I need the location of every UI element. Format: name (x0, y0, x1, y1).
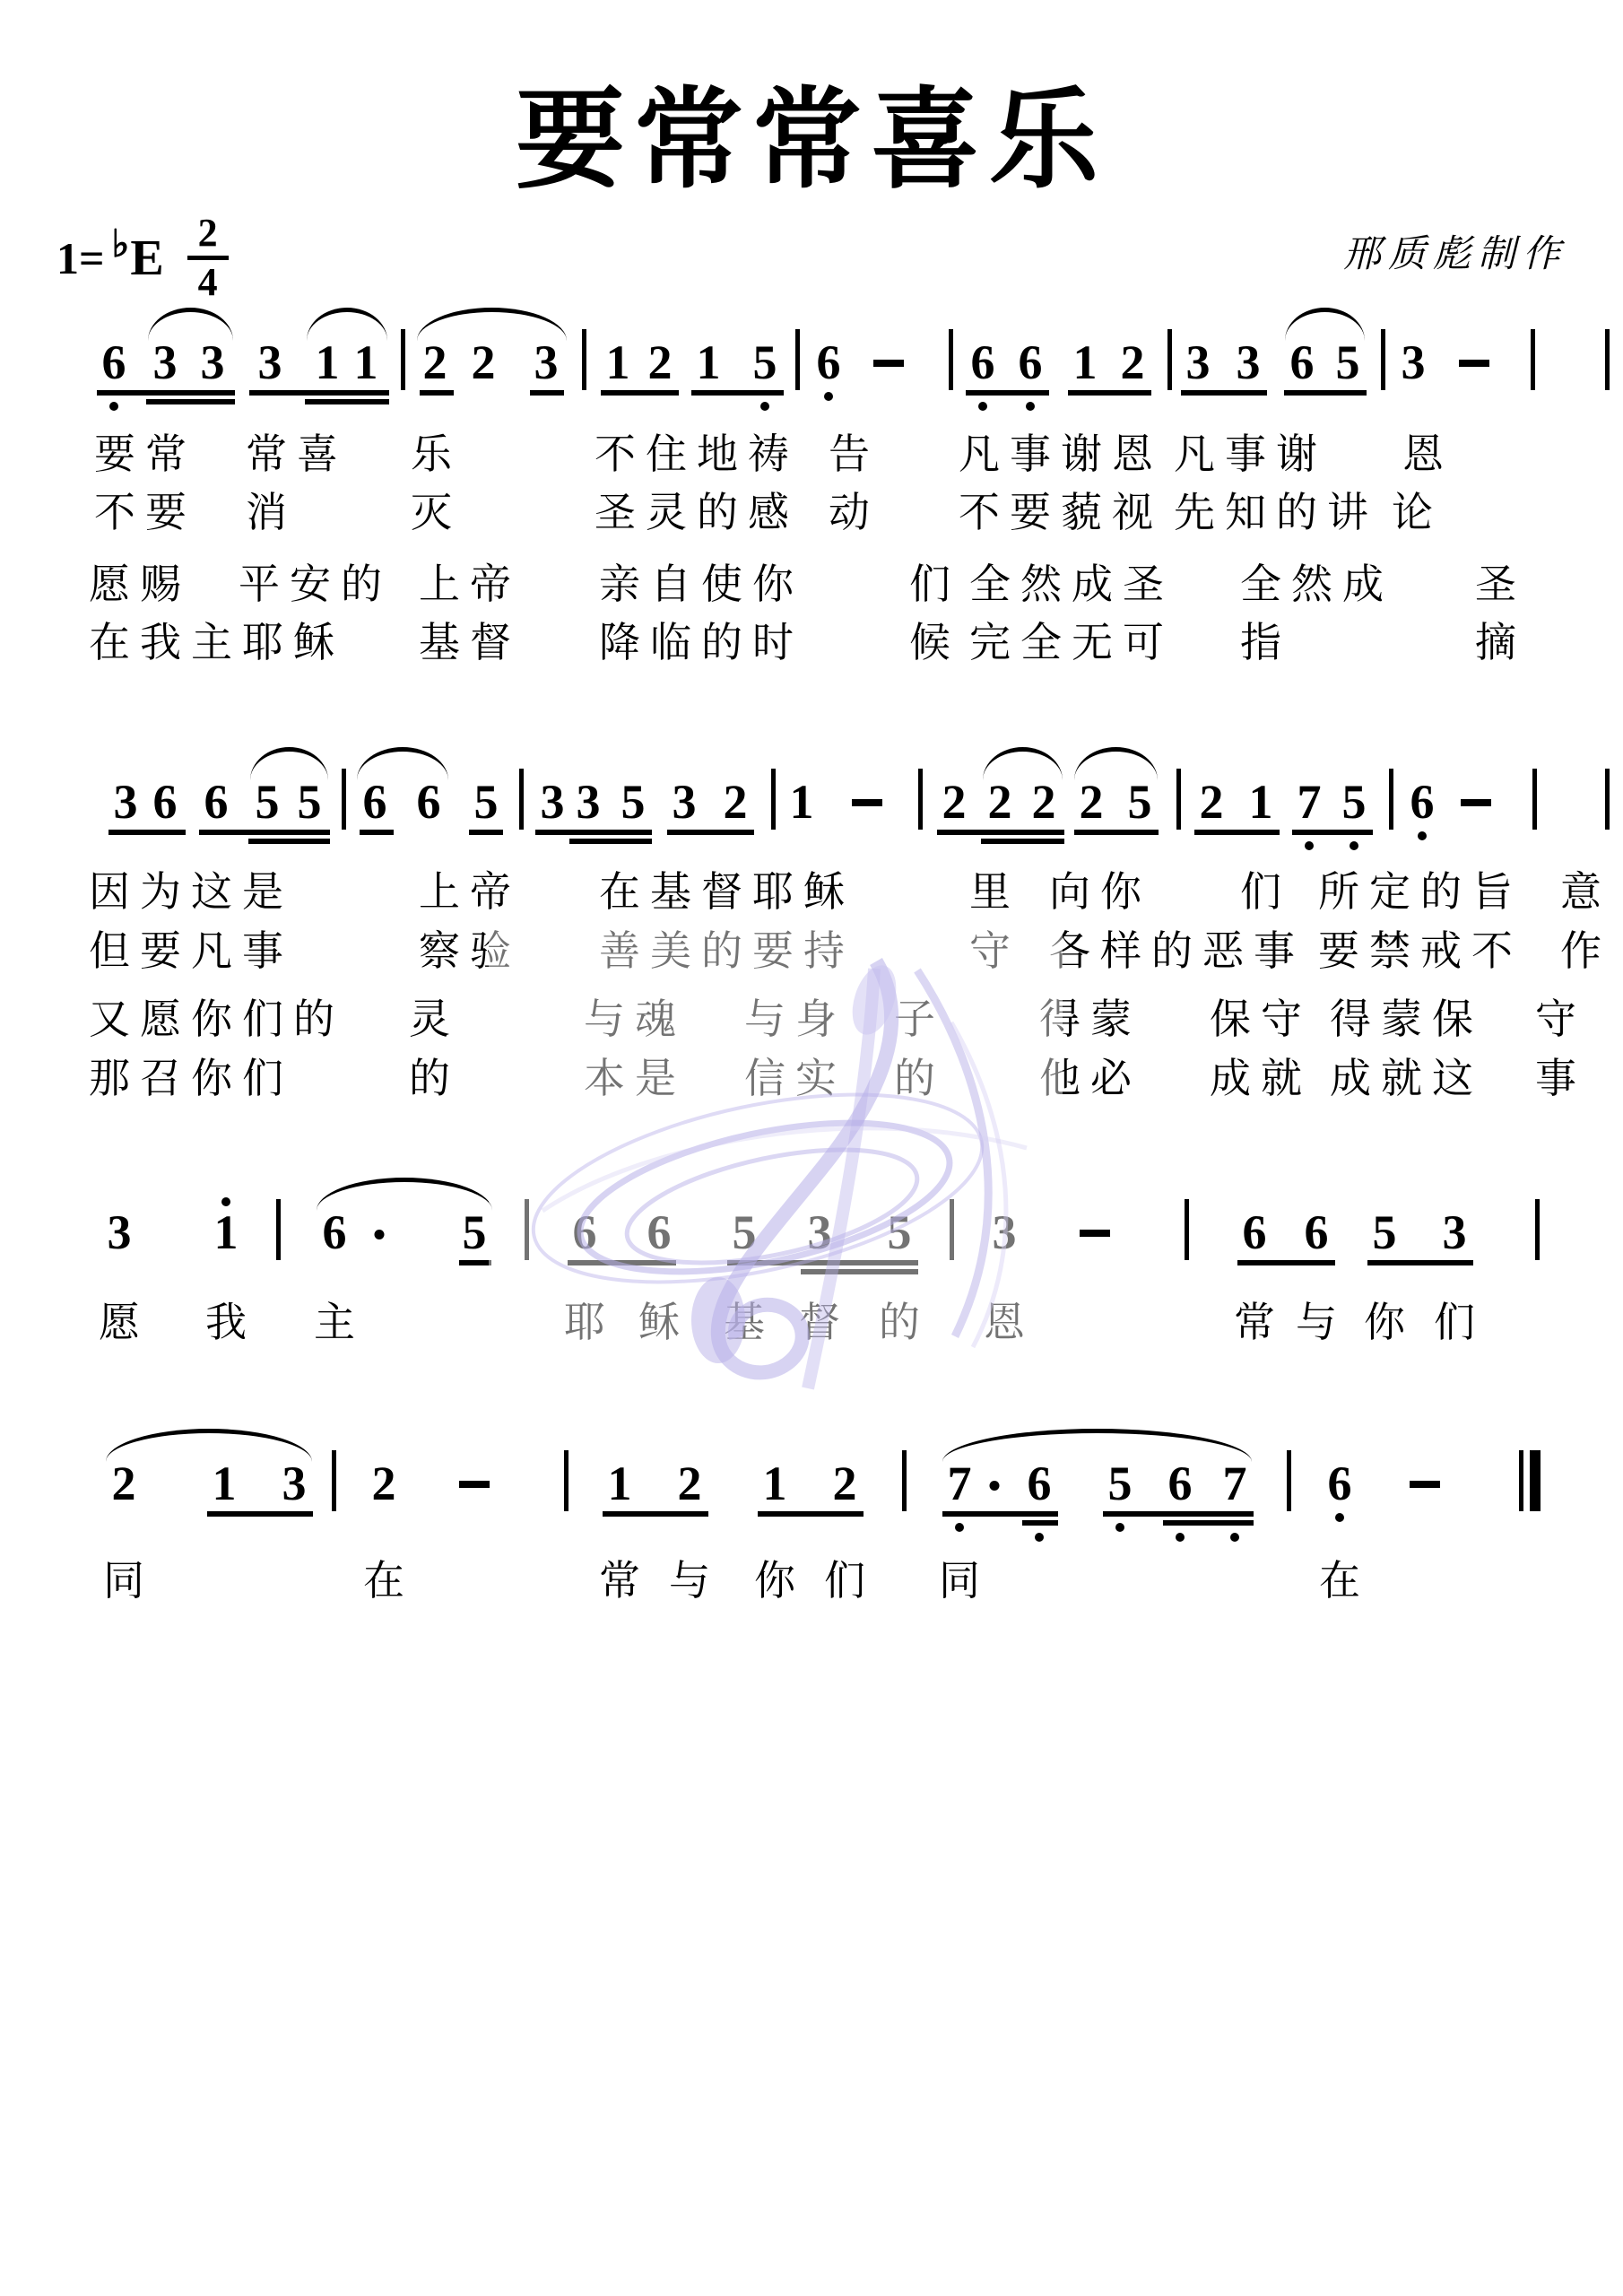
lyric-text: 守 (969, 927, 1020, 975)
lyric-text: 凡事谢恩 (959, 430, 1163, 478)
lyric-text: 降临的时 (599, 619, 803, 666)
lyrics-area: 要常常喜乐不住地祷告凡事谢恩凡事谢恩不要消灭圣灵的感动不要藐视先知的讲论愿赐平安… (0, 0, 1623, 2296)
lyric-text: 动 (829, 489, 880, 536)
lyric-text: 作 (1560, 927, 1611, 975)
lyric-text: 察验 (419, 927, 521, 975)
lyric-text: 保守 (1210, 996, 1312, 1043)
lyric-text: 论 (1392, 489, 1443, 536)
lyric-text: 与 (1296, 1299, 1337, 1346)
lyric-text: 不要藐视 (959, 489, 1163, 536)
lyric-text: 得蒙 (1039, 996, 1141, 1043)
lyric-text: 向你 (1049, 868, 1151, 916)
lyric-text: 上帝 (419, 868, 521, 916)
lyric-text: 稣 (638, 1299, 680, 1346)
lyric-text: 候 (909, 619, 960, 666)
lyric-text: 全然成 (1240, 561, 1393, 608)
lyric-text: 督 (799, 1299, 840, 1346)
lyric-text: 基 (724, 1299, 765, 1346)
lyric-text: 得蒙保 (1330, 996, 1483, 1043)
lyric-text: 意 (1560, 868, 1611, 916)
lyric-text: 的 (894, 1055, 945, 1102)
lyric-text: 不住地祷 (595, 430, 799, 478)
lyric-text: 在 (1319, 1557, 1360, 1605)
lyric-text: 各样的恶事 (1049, 927, 1305, 975)
lyric-text: 本是 (584, 1055, 686, 1102)
lyric-text: 亲自使你 (599, 561, 803, 608)
lyric-text: 在 (363, 1557, 404, 1605)
lyric-text: 凡事谢 (1174, 430, 1327, 478)
lyric-text: 与 (669, 1557, 710, 1605)
lyric-text: 全然成圣 (969, 561, 1174, 608)
lyric-text: 那召你们 (89, 1055, 293, 1102)
lyric-text: 告 (829, 430, 880, 478)
lyric-text: 与魂 (584, 996, 686, 1043)
lyric-text: 上帝 (419, 561, 521, 608)
lyric-text: 不要 (94, 489, 196, 536)
lyric-text: 愿 (99, 1299, 140, 1346)
lyric-text: 主 (314, 1299, 355, 1346)
lyric-text: 里 (969, 868, 1020, 916)
lyric-text: 恩 (984, 1299, 1025, 1346)
lyric-text: 的 (879, 1299, 920, 1346)
lyric-text: 在基督耶稣 (599, 868, 855, 916)
lyric-text: 灭 (411, 489, 462, 536)
lyric-text: 事 (1535, 1055, 1586, 1102)
lyric-text: 耶 (564, 1299, 605, 1346)
lyric-text: 同 (939, 1557, 980, 1605)
lyric-text: 平安的 (239, 561, 392, 608)
lyric-text: 守 (1535, 996, 1586, 1043)
lyric-text: 愿赐 (89, 561, 191, 608)
lyric-text: 摘 (1475, 619, 1526, 666)
lyric-text: 乐 (411, 430, 462, 478)
lyric-text: 成就这 (1330, 1055, 1483, 1102)
lyric-text: 你 (754, 1557, 795, 1605)
lyric-text: 同 (103, 1557, 144, 1605)
lyric-text: 们 (909, 561, 960, 608)
lyric-text: 所定的旨 (1318, 868, 1523, 916)
lyric-text: 与身 (744, 996, 846, 1043)
lyric-text: 们 (1434, 1299, 1475, 1346)
lyric-text: 又愿你们的 (89, 996, 344, 1043)
lyric-text: 常 (1234, 1299, 1275, 1346)
lyric-text: 他必 (1039, 1055, 1141, 1102)
lyric-text: 圣灵的感 (595, 489, 799, 536)
lyric-text: 因为这是 (89, 868, 293, 916)
lyric-text: 子 (894, 996, 945, 1043)
lyric-text: 你 (1364, 1299, 1405, 1346)
lyric-text: 消 (246, 489, 297, 536)
lyric-text: 灵 (409, 996, 460, 1043)
lyric-text: 善美的要持 (599, 927, 855, 975)
lyric-text: 指 (1240, 619, 1291, 666)
lyric-text: 恩 (1402, 430, 1454, 478)
lyric-text: 信实 (744, 1055, 846, 1102)
lyric-text: 的 (409, 1055, 460, 1102)
lyric-text: 先知的讲 (1174, 489, 1378, 536)
lyric-text: 们 (824, 1557, 865, 1605)
lyric-text: 但要凡事 (89, 927, 293, 975)
lyric-text: 常喜 (246, 430, 348, 478)
lyric-text: 圣 (1475, 561, 1526, 608)
lyric-text: 我 (205, 1299, 247, 1346)
lyric-text: 基督 (419, 619, 521, 666)
lyric-text: 在我主耶稣 (89, 619, 344, 666)
lyric-text: 们 (1240, 868, 1291, 916)
lyric-text: 要常 (94, 430, 196, 478)
lyric-text: 要禁戒不 (1318, 927, 1523, 975)
lyric-text: 成就 (1210, 1055, 1312, 1102)
lyric-text: 完全无可 (969, 619, 1174, 666)
lyric-text: 常 (599, 1557, 640, 1605)
sheet-music-page: 要常常喜乐 1=♭E 2 4 邢质彪制作 6333112231215666123… (0, 0, 1623, 2296)
